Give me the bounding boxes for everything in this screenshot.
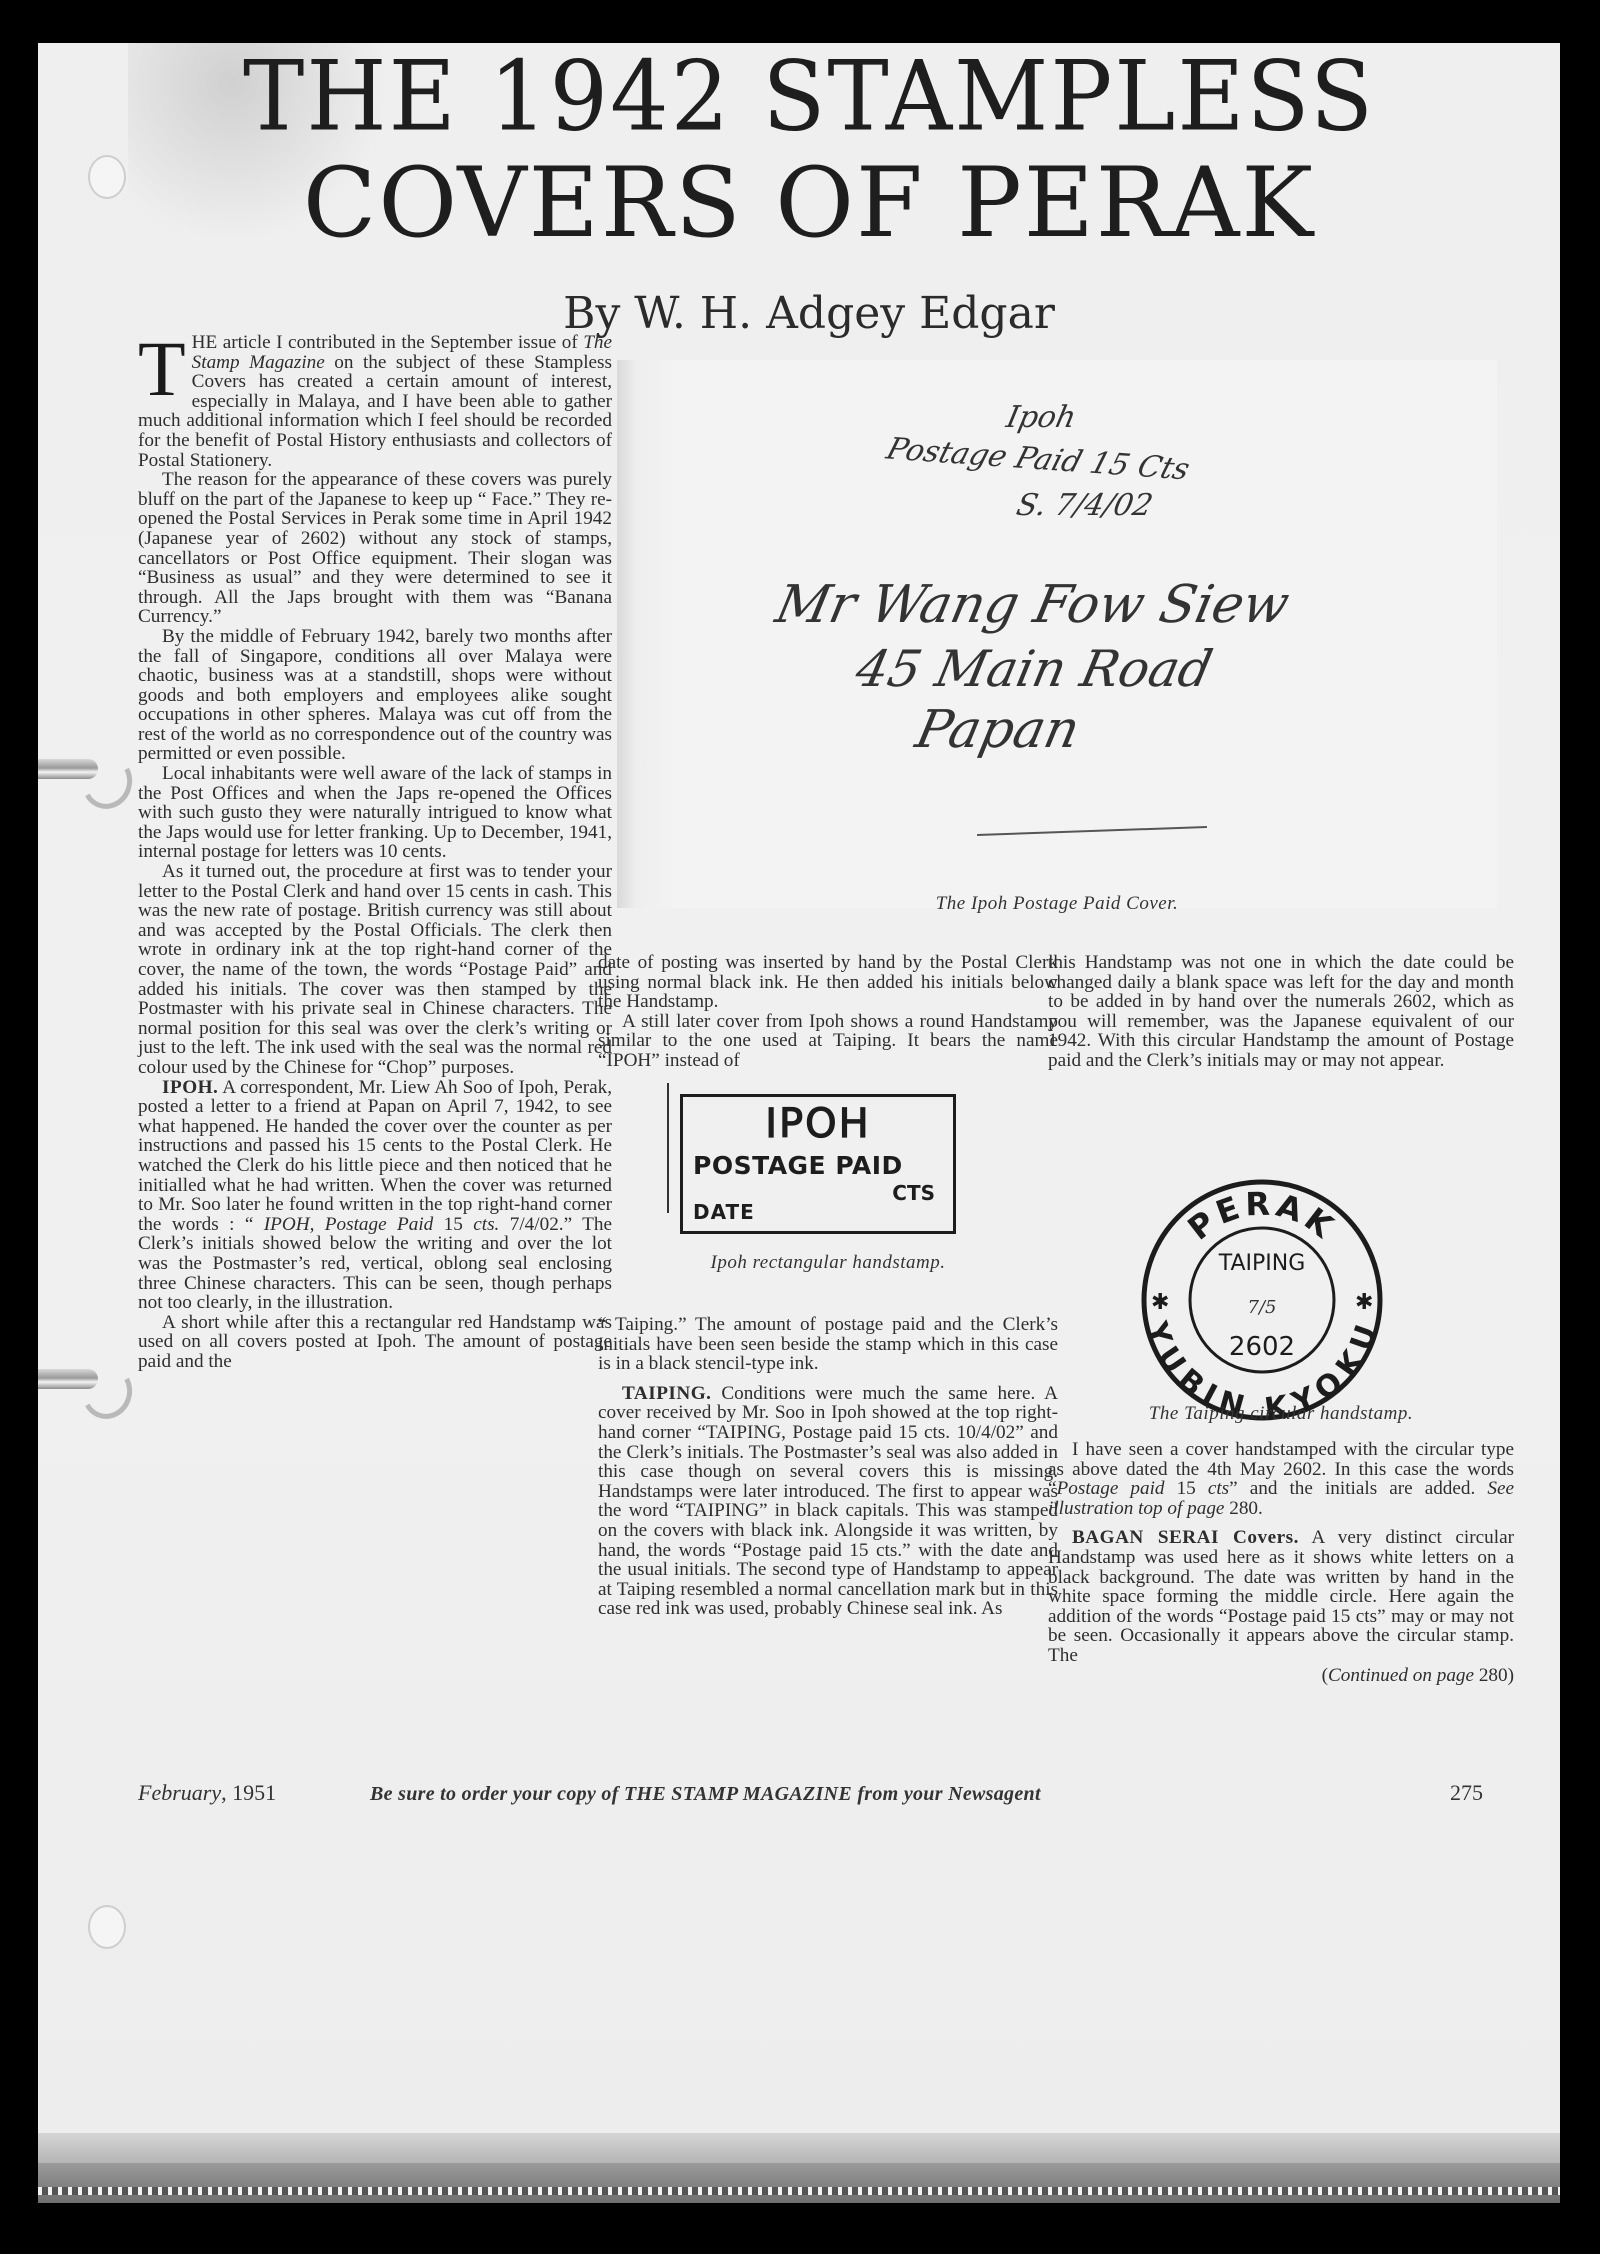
stamp-town: TAIPING bbox=[1218, 1251, 1306, 1276]
binder-ring-icon bbox=[38, 1365, 138, 1399]
text-column-2-bottom: “ Taiping.” The amount of postage paid a… bbox=[598, 1315, 1058, 1619]
handwritten-address-name: Mr Wang Fow Siew bbox=[771, 575, 1295, 635]
section-heading-ipoh: IPOH. bbox=[162, 1077, 218, 1098]
paragraph: As it turned out, the procedure at first… bbox=[138, 862, 612, 1078]
article-title-line1: THE 1942 STAMPLESS bbox=[48, 43, 1560, 153]
section-heading-taiping: TAIPING. bbox=[622, 1383, 711, 1404]
handwritten-postage-paid: Postage Paid 15 Cts bbox=[882, 432, 1193, 487]
punch-hole bbox=[88, 1905, 126, 1949]
paragraph: The reason for the appearance of these c… bbox=[138, 470, 612, 627]
paragraph: Local inhabitants were well aware of the… bbox=[138, 764, 612, 862]
handwritten-address-town: Papan bbox=[911, 700, 1085, 760]
rectangular-handstamp-caption: Ipoh rectangular handstamp. bbox=[598, 1252, 1058, 1274]
cover-caption: The Ipoh Postage Paid Cover. bbox=[617, 893, 1497, 915]
binder-spine bbox=[38, 2163, 1560, 2203]
page-number: 275 bbox=[1450, 1780, 1483, 1806]
circular-handstamp-caption: The Taiping circular handstamp. bbox=[1048, 1403, 1514, 1425]
page-stack-edge bbox=[38, 2133, 1560, 2163]
star-icon: ✱ bbox=[1151, 1289, 1169, 1314]
stamp-date-label: DATE bbox=[693, 1200, 755, 1224]
continued-note: (Continued on page 280) bbox=[1048, 1666, 1514, 1686]
paragraph-ipoh: IPOH. A correspondent, Mr. Liew Ah Soo o… bbox=[138, 1078, 612, 1313]
stamp-handwritten-date: 7/5 bbox=[1248, 1297, 1277, 1318]
paragraph: “ Taiping.” The amount of postage paid a… bbox=[598, 1315, 1058, 1374]
text-column-1: THE article I contributed in the Septemb… bbox=[138, 333, 612, 1371]
star-icon: ✱ bbox=[1355, 1289, 1373, 1314]
handwritten-date-initials: S. 7/4/02 bbox=[1013, 488, 1156, 523]
stamp-postage-paid: POSTAGE PAID bbox=[693, 1151, 903, 1180]
section-heading-bagan-serai: BAGAN SERAI Covers. bbox=[1072, 1527, 1299, 1548]
issue-date: February, 1951 bbox=[138, 1780, 276, 1806]
taiping-circular-handstamp: PERAK YUBIN KYOKU ✱ ✱ TAIPING 7/5 2602 bbox=[1137, 1175, 1387, 1425]
drop-cap: T bbox=[138, 339, 186, 399]
paragraph: A still later cover from Ipoh shows a ro… bbox=[598, 1012, 1058, 1071]
ipoh-rectangular-handstamp: IPOH POSTAGE PAID CTS DATE bbox=[680, 1094, 956, 1234]
footer-promo: Be sure to order your copy of THE STAMP … bbox=[370, 1783, 1041, 1806]
paragraph-bagan-serai: BAGAN SERAI Covers. A very distinct circ… bbox=[1048, 1528, 1514, 1665]
paragraph: date of posting was inserted by hand by … bbox=[598, 953, 1058, 1012]
binder-ring-icon bbox=[38, 755, 138, 789]
paragraph-intro: THE article I contributed in the Septemb… bbox=[138, 333, 612, 470]
paragraph: A short while after this a rectangular r… bbox=[138, 1313, 612, 1372]
stamp-edge-mark bbox=[667, 1083, 669, 1213]
article-title-line2: COVERS OF PERAK bbox=[48, 147, 1560, 259]
text-column-3-top: this Handstamp was not one in which the … bbox=[1048, 953, 1514, 1071]
paragraph: By the middle of February 1942, barely t… bbox=[138, 627, 612, 764]
paragraph-taiping: TAIPING. Conditions were much the same h… bbox=[598, 1384, 1058, 1619]
stamp-cts: CTS bbox=[892, 1181, 935, 1205]
stamp-year: 2602 bbox=[1229, 1332, 1295, 1362]
text-column-2-top: date of posting was inserted by hand by … bbox=[598, 953, 1058, 1071]
cover-photograph: Ipoh Postage Paid 15 Cts S. 7/4/02 Mr Wa… bbox=[617, 360, 1497, 908]
stamp-town: IPOH bbox=[683, 1101, 953, 1147]
paragraph: I have seen a cover handstamped with the… bbox=[1048, 1440, 1514, 1518]
handwritten-address-street: 45 Main Road bbox=[851, 640, 1218, 698]
handwritten-town: Ipoh bbox=[1003, 400, 1079, 435]
paragraph: this Handstamp was not one in which the … bbox=[1048, 953, 1514, 1071]
handwritten-underline bbox=[977, 826, 1207, 836]
text-column-3-bottom: I have seen a cover handstamped with the… bbox=[1048, 1440, 1514, 1685]
